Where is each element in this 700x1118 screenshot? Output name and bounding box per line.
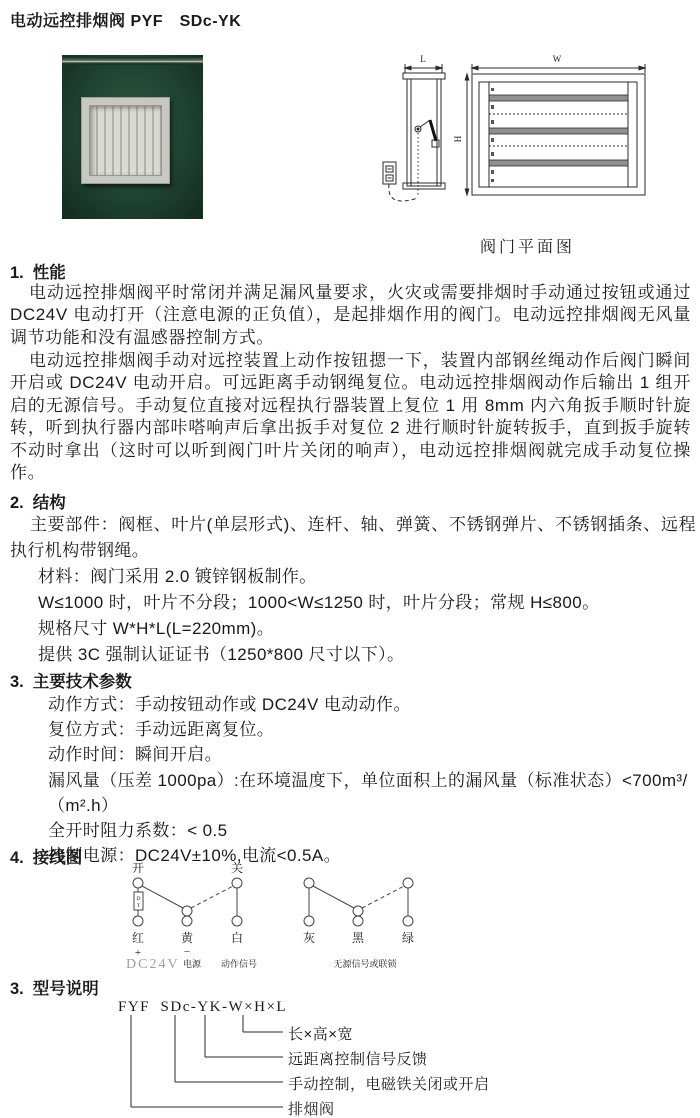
section-1-heading: 1.性能 bbox=[10, 259, 66, 283]
section-2-content: 主要部件：阀框、叶片(单层形式)、连杆、轴、弹簧、不锈钢弹片、不锈钢插条、远程执… bbox=[10, 512, 696, 668]
wire-gray-label: 灰 bbox=[303, 931, 315, 945]
polarity-minus: − bbox=[184, 946, 190, 958]
power-caption-cn: 电源 bbox=[183, 958, 202, 969]
wire-black-label: 黑 bbox=[352, 931, 365, 945]
drawing-caption: 阀门平面图 bbox=[480, 234, 575, 257]
section-1-paragraph-2: 电动远控排烟阀手动对远控装置上动作按钮摁一下，装置内部钢丝绳动作后阀门瞬间开启或… bbox=[10, 350, 691, 484]
section-3-heading: 3.主要技术参数 bbox=[10, 668, 132, 692]
param-action-mode: 动作方式：手动按钮动作或 DC24V 电动动作。 bbox=[10, 692, 696, 717]
section-3-content: 动作方式：手动按钮动作或 DC24V 电动动作。 复位方式：手动远距离复位。 动… bbox=[10, 692, 696, 868]
section-5-heading: 3.型号说明 bbox=[10, 975, 99, 999]
model-branch-remote-feedback: 远距离控制信号反馈 bbox=[288, 1048, 428, 1069]
wire-white-label: 白 bbox=[231, 931, 243, 945]
wire-red-label: 红 bbox=[132, 931, 144, 945]
open-terminal-label: 开 bbox=[132, 861, 144, 875]
wiring-left-group bbox=[133, 878, 242, 926]
model-branch-size: 长×高×宽 bbox=[288, 1023, 353, 1044]
section-4-heading: 4.接线图 bbox=[10, 844, 82, 868]
structure-parts-line: 主要部件：阀框、叶片(单层形式)、连杆、轴、弹簧、不锈钢弹片、不锈钢插条、远程执… bbox=[10, 512, 696, 564]
datasheet-page: 电动远控排烟阀 PYF SDc-YK bbox=[0, 0, 700, 1118]
remote-control-box bbox=[383, 162, 396, 184]
valve-photo bbox=[62, 55, 203, 219]
dim-label-w: W bbox=[553, 54, 562, 64]
wire-green-label: 绿 bbox=[402, 931, 414, 945]
action-signal-caption: 动作信号 bbox=[221, 958, 257, 969]
dim-label-h: H bbox=[453, 135, 463, 142]
side-view bbox=[383, 64, 445, 201]
dt-letter-d: D bbox=[137, 896, 141, 902]
param-leakage: 漏风量（压差 1000pa）:在环境温度下，单位面积上的漏风量（标准状态）<70… bbox=[10, 768, 696, 818]
model-branch-valve-type: 排烟阀 bbox=[288, 1098, 335, 1118]
model-branch-manual-control: 手动控制，电磁铁关闭或开启 bbox=[288, 1073, 490, 1094]
valve-louver-face bbox=[89, 105, 162, 176]
power-caption-dc24v: DC24V bbox=[126, 957, 180, 972]
close-terminal-label: 关 bbox=[231, 861, 243, 875]
section-1-number: 1. bbox=[10, 264, 24, 283]
structure-size-line: 规格尺寸 W*H*L(L=220mm)。 bbox=[10, 616, 696, 642]
param-resistance: 全开时阻力系数：< 0.5 bbox=[10, 818, 696, 843]
dim-label-l: L bbox=[420, 54, 426, 64]
hinge-marks bbox=[491, 88, 494, 182]
valve-technical-drawing: L W H bbox=[375, 52, 665, 212]
page-title: 电动远控排烟阀 PYF SDc-YK bbox=[10, 8, 241, 31]
photo-background-rail bbox=[62, 57, 203, 65]
section-1-paragraph-1: 电动远控排烟阀平时常闭并满足漏风量要求，火灾或需要排烟时手动通过按钮或通过DC2… bbox=[10, 282, 691, 349]
wiring-right-group bbox=[304, 878, 413, 926]
wiring-diagram: 开 关 D T 红 黄 白 + − DC24V 电源 动作信号 灰 黑 绿 无源… bbox=[125, 855, 425, 975]
param-reset-mode: 复位方式：手动远距离复位。 bbox=[10, 717, 696, 742]
valve-frame bbox=[81, 97, 170, 184]
structure-cert-line: 提供 3C 强制认证证书（1250*800 尺寸以下）。 bbox=[10, 642, 696, 668]
section-2-heading: 2.结构 bbox=[10, 489, 66, 513]
wire-yellow-label: 黄 bbox=[181, 931, 194, 945]
front-view bbox=[465, 64, 645, 195]
structure-material-line: 材料：阀门采用 2.0 镀锌钢板制作。 bbox=[10, 564, 696, 590]
passive-signal-caption: 无源信号或联锁 bbox=[333, 958, 397, 969]
param-action-time: 动作时间：瞬间开启。 bbox=[10, 742, 696, 767]
model-branch-lines bbox=[100, 1013, 320, 1113]
structure-segmentation-line: W≤1000 时，叶片不分段；1000<W≤1250 时，叶片分段；常规 H≤8… bbox=[10, 590, 696, 616]
